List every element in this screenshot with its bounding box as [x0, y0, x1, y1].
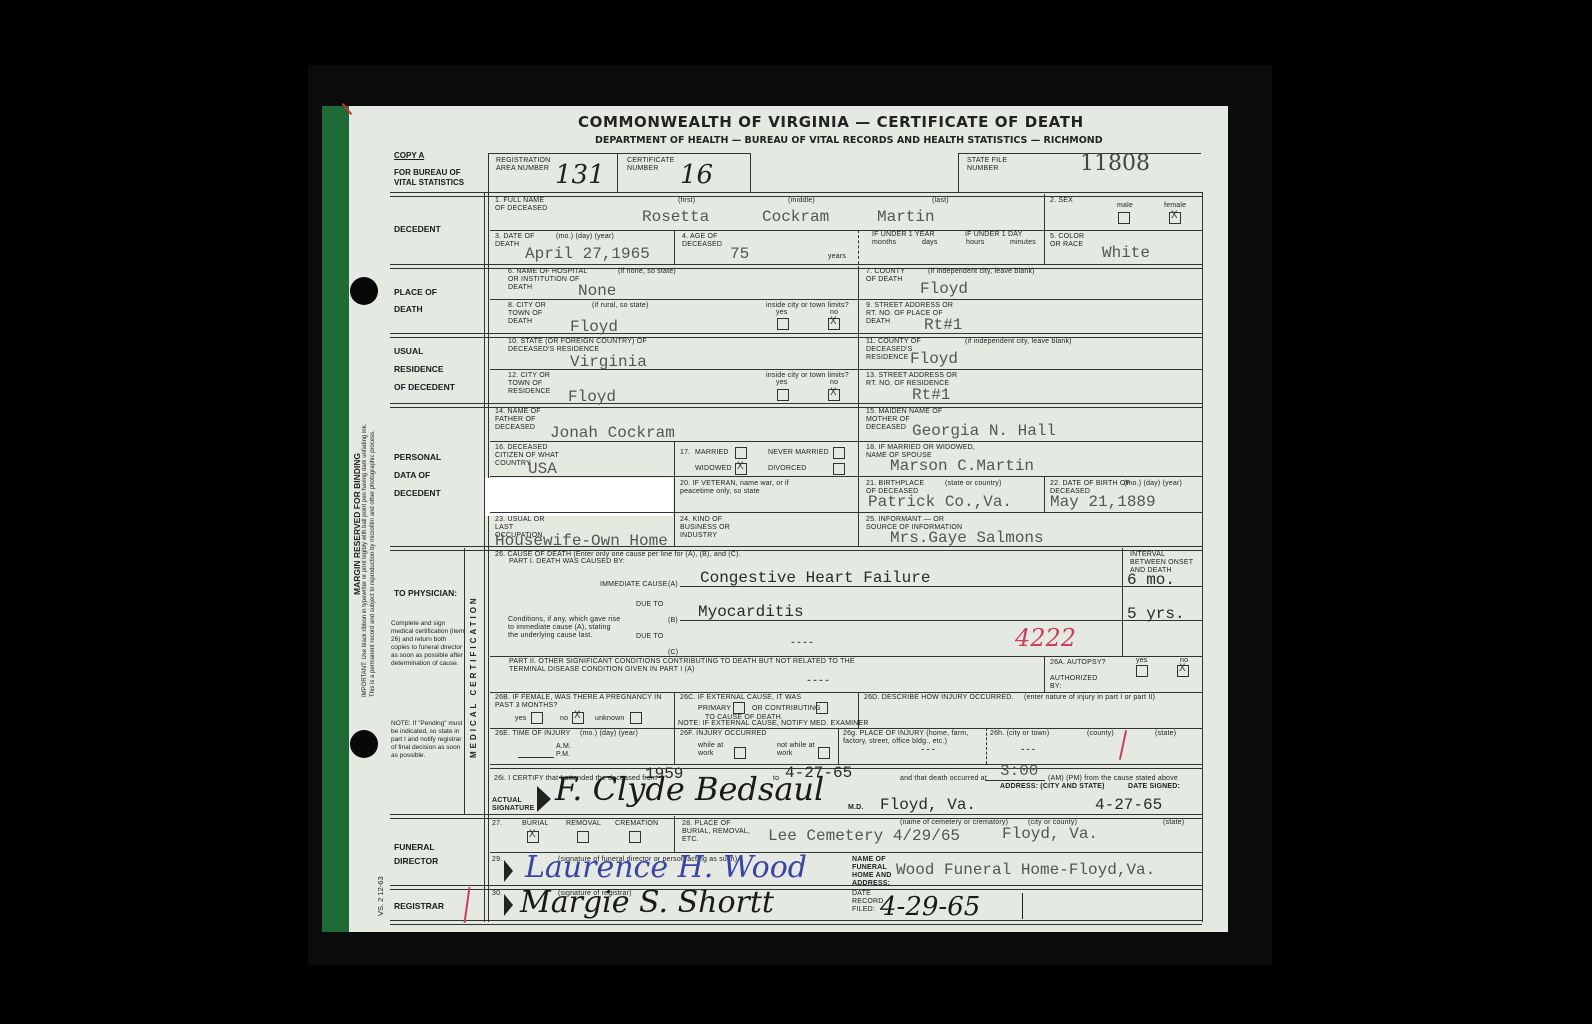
conditions-note: Conditions, if any, which gave rise to i…: [508, 616, 623, 640]
mother-value[interactable]: Georgia N. Hall: [912, 422, 1056, 440]
autopsy-yes-label: yes: [1136, 657, 1148, 665]
section-to-physician: TO PHYSICIAN:: [394, 588, 464, 598]
address-label: ADDRESS: (CITY AND STATE): [1000, 783, 1105, 791]
copy-for-label: FOR BUREAU OF VITAL STATISTICS: [394, 168, 479, 188]
death-occurred-label: and that death occurred at: [900, 775, 987, 783]
residence-city-label: 12. CITY OR TOWN OF RESIDENCE: [508, 372, 568, 396]
pregnancy-unknown-label: unknown: [595, 715, 624, 723]
pregnancy-unknown-checkbox[interactable]: [630, 712, 642, 724]
cause-b-value[interactable]: Myocarditis: [698, 603, 804, 621]
external-note: NOTE: IF EXTERNAL CAUSE, NOTIFY MED. EXA…: [678, 720, 869, 728]
registrar-number-label: 30.: [492, 890, 502, 898]
informant-value[interactable]: Mrs.Gaye Salmons: [890, 529, 1044, 547]
age-unit: years: [828, 253, 846, 261]
county-of-death-label: 7. COUNTY OF DEATH: [866, 268, 906, 284]
primary-checkbox[interactable]: [733, 702, 745, 714]
date-filed-value[interactable]: 4-29-65: [880, 892, 980, 922]
pm-label: P.M.: [556, 751, 570, 759]
widowed-label: WIDOWED: [695, 465, 732, 473]
rule: [490, 230, 1202, 231]
contributing-label: or CONTRIBUTING: [752, 705, 821, 713]
color-label: 5. COLOR OR RACE: [1050, 233, 1090, 249]
director-arrow-icon: [504, 860, 513, 882]
while-at-work-label: while at work: [698, 742, 733, 758]
ampm-label: (AM) (PM) from the cause stated above: [1048, 775, 1178, 783]
injury-city-value[interactable]: ---: [1020, 745, 1036, 755]
rule: [490, 476, 1202, 477]
birthplace-value[interactable]: Patrick Co.,Va.: [868, 493, 1012, 511]
section-place-of-death-2: DEATH: [394, 300, 423, 318]
city-of-death-label: 8. CITY OR TOWN OF DEATH: [508, 302, 568, 326]
rule: [1122, 586, 1202, 587]
rule: [680, 586, 1122, 587]
certificate-title: COMMONWEALTH OF VIRGINIA — CERTIFICATE O…: [578, 113, 1084, 131]
sex-male-label: male: [1117, 202, 1133, 210]
dob-cols-hint: (mo.) (day) (year): [1124, 480, 1182, 488]
funeral-director-signature[interactable]: Laurence H. Wood: [525, 850, 807, 885]
last-name-value[interactable]: Martin: [877, 208, 935, 226]
pregnancy-no-checkbox[interactable]: [572, 712, 584, 724]
describe-injury-hint: (enter nature of injury in part I or par…: [1024, 694, 1155, 702]
pending-note: NOTE: If "Pending" must be indicated, so…: [391, 720, 466, 760]
section-personal-3: DECEDENT: [394, 484, 441, 502]
residence-county-value[interactable]: Floyd: [910, 350, 958, 368]
rule: [986, 728, 988, 764]
middle-name-value[interactable]: Cockram: [762, 208, 829, 226]
age-value[interactable]: 75: [730, 245, 749, 263]
punch-hole-bottom: [350, 730, 378, 758]
due-to-label: DUE TO: [636, 601, 663, 609]
rule: [1044, 656, 1045, 692]
father-label: 14. NAME OF FATHER OF DECEASED: [495, 408, 555, 432]
registrar-arrow-icon: [504, 894, 513, 916]
rule: [1122, 548, 1123, 656]
burial-checkbox[interactable]: [527, 831, 539, 843]
months-label: months: [872, 239, 896, 247]
rule: [390, 885, 1202, 890]
rule: [858, 692, 859, 728]
section-personal-2: DATA OF: [394, 466, 430, 484]
physician-instructions: Complete and sign medical certification …: [391, 620, 466, 668]
injury-county-hint: (county): [1087, 730, 1114, 738]
autopsy-no-checkbox[interactable]: [1177, 665, 1189, 677]
rule: [390, 814, 1202, 819]
cemetery-value[interactable]: Lee Cemetery 4/29/65: [768, 827, 960, 845]
section-place-of-death-1: PLACE OF: [394, 283, 437, 301]
pregnancy-yes-label: yes: [515, 715, 527, 723]
married-label: MARRIED: [695, 449, 729, 457]
burial-state-hint: (state): [1163, 819, 1184, 827]
registration-area-label: REGISTRATION AREA NUMBER: [496, 157, 556, 173]
yes-label: yes: [776, 309, 788, 317]
section-residence-3: OF DECEDENT: [394, 378, 455, 396]
section-residence-2: RESIDENCE: [394, 360, 444, 378]
part2-value[interactable]: ----: [806, 676, 830, 687]
cause-c-value[interactable]: ----: [790, 638, 814, 649]
first-name-value[interactable]: Rosetta: [642, 208, 709, 226]
contributing-checkbox[interactable]: [816, 702, 828, 714]
place-of-injury-label: 26g. PLACE OF INJURY (home, farm, factor…: [843, 730, 983, 746]
dob-value[interactable]: May 21,1889: [1050, 493, 1156, 511]
form-code: VS. 2 12-63: [376, 876, 385, 916]
rule: [490, 369, 1202, 370]
burial-label: BURIAL: [522, 820, 549, 828]
medical-certification-label: MEDICAL CERTIFICATION: [469, 595, 478, 758]
sex-female-label: female: [1164, 202, 1186, 210]
death-inside-limits-no-checkbox[interactable]: [828, 318, 840, 330]
last-name-hint: (last): [932, 197, 949, 205]
rule: [958, 153, 959, 193]
residence-inside-limits-yes-checkbox[interactable]: [777, 389, 789, 401]
residence-county-hint: (if independent city, leave blank): [965, 338, 1072, 346]
rule: [488, 153, 489, 193]
rule: [488, 153, 750, 154]
immediate-cause-label: IMMEDIATE CAUSE: [600, 581, 667, 589]
injury-state-hint: (state): [1155, 730, 1176, 738]
pregnancy-no-label: no: [560, 715, 568, 723]
sex-label: 2. SEX: [1050, 197, 1073, 205]
rule: [484, 192, 485, 922]
section-funeral-2: DIRECTOR: [394, 852, 438, 870]
rule: [838, 728, 839, 764]
divorced-checkbox[interactable]: [833, 463, 845, 475]
death-inside-limits-yes-checkbox[interactable]: [777, 318, 789, 330]
time-of-injury-label: 26e. TIME OF INJURY: [495, 730, 571, 738]
residence-street-value[interactable]: Rt#1: [912, 386, 950, 404]
rule: [488, 192, 489, 922]
age-label: 4. AGE OF DECEASED: [682, 233, 732, 249]
place-of-injury-value[interactable]: ---: [920, 745, 936, 755]
city-of-death-hint: (if rural, so state): [592, 302, 649, 310]
never-married-label: NEVER MARRIED: [768, 449, 829, 457]
due-to-label: DUE TO: [636, 633, 663, 641]
city-of-death-value[interactable]: Floyd: [570, 318, 618, 336]
section-residence-1: USUAL: [394, 342, 423, 360]
autopsy-yes-checkbox[interactable]: [1136, 665, 1148, 677]
residence-city-value[interactable]: Floyd: [568, 388, 616, 406]
physician-signature[interactable]: F. Clyde Bedsaul: [555, 770, 824, 808]
date-cols-hint: (mo.) (day) (year): [556, 233, 614, 241]
external-cause-label: 26c. IF EXTERNAL CAUSE, IT WAS: [680, 694, 801, 702]
time-cols-hint: (mo.) (day) (year): [580, 730, 638, 738]
no-label: no: [830, 379, 838, 387]
under-1-year-label: IF UNDER 1 YEAR: [872, 231, 935, 239]
rule: [490, 656, 1202, 657]
pregnancy-yes-checkbox[interactable]: [531, 712, 543, 724]
physician-address-value[interactable]: Floyd, Va.: [880, 796, 976, 814]
not-while-at-work-label: not while at work: [777, 742, 817, 758]
date-signed-value[interactable]: 4-27-65: [1095, 796, 1162, 814]
occupation-value[interactable]: Housewife-Own Home: [495, 532, 668, 550]
while-at-work-checkbox[interactable]: [734, 747, 746, 759]
rule: [1122, 620, 1202, 621]
autopsy-label: 26a. AUTOPSY?: [1050, 659, 1106, 667]
authorized-by-label: AUTHORIZED BY:: [1050, 675, 1095, 691]
rule: [490, 441, 1202, 442]
rule: [858, 230, 860, 264]
am-label: A.M.: [556, 743, 571, 751]
injury-city-label: 26h. (city or town): [990, 730, 1049, 738]
rule: [674, 441, 675, 546]
rule: [1044, 476, 1045, 512]
birthplace-hint: (state or country): [945, 480, 1002, 488]
spouse-value[interactable]: Marson C.Martin: [890, 457, 1034, 475]
rule: [617, 153, 618, 193]
married-checkbox[interactable]: [735, 447, 747, 459]
rule: [674, 692, 675, 728]
section-registrar: REGISTRAR: [394, 897, 444, 915]
never-married-checkbox[interactable]: [833, 447, 845, 459]
part2-label: PART II. OTHER SIGNIFICANT CONDITIONS CO…: [509, 658, 889, 674]
county-of-death-hint: (if independent city, leave blank): [928, 268, 1035, 276]
redacted-region: [485, 478, 673, 516]
funeral-home-value[interactable]: Wood Funeral Home-Floyd,Va.: [896, 861, 1155, 879]
cremation-label: CREMATION: [615, 820, 658, 828]
cemetery-location-value[interactable]: Floyd, Va.: [1002, 825, 1098, 843]
section-decedent: DECEDENT: [394, 220, 441, 238]
certificate-number: 16: [680, 160, 713, 190]
sex-male-checkbox[interactable]: [1118, 212, 1130, 224]
rule: [750, 153, 751, 193]
first-name-hint: (first): [678, 197, 695, 205]
injury-occurred-label: 26f. INJURY OCCURRED: [680, 730, 767, 738]
certificate-number-label: CERTIFICATE NUMBER: [627, 157, 677, 173]
yes-label: yes: [776, 379, 788, 387]
cemetery-hint: (name of cemetery or crematory): [900, 819, 1008, 827]
rule: [674, 728, 675, 764]
hospital-hint: (if none, so state): [618, 268, 676, 276]
margin-important-line2: This is a permanent record and subject t…: [370, 430, 376, 697]
rule: [518, 757, 554, 758]
part1-label: PART I. DEATH WAS CAUSED BY:: [509, 558, 625, 566]
rule: [390, 920, 1202, 925]
rule: [858, 266, 859, 546]
rule: [490, 692, 1202, 693]
copy-label: COPY A: [394, 151, 424, 161]
registration-area-number: 131: [555, 160, 605, 190]
residence-inside-limits-no-checkbox[interactable]: [828, 389, 840, 401]
cause-a-value[interactable]: Congestive Heart Failure: [700, 569, 930, 587]
burial-place-label: 28. PLACE OF BURIAL, REMOVAL, ETC.: [682, 820, 752, 844]
margin-reserved-label: MARGIN RESERVED FOR BINDING: [352, 453, 362, 595]
rule: [674, 816, 675, 852]
certificate-subtitle: DEPARTMENT OF HEALTH — BUREAU OF VITAL R…: [595, 135, 1103, 146]
actual-signature-label: ACTUAL SIGNATURE: [492, 797, 532, 813]
color-value[interactable]: White: [1102, 244, 1150, 262]
rule: [464, 548, 465, 814]
rule: [1044, 194, 1045, 264]
date-signed-label: DATE SIGNED:: [1128, 783, 1180, 791]
director-number-label: 29.: [492, 856, 502, 864]
rule: [490, 728, 1202, 729]
rule: [674, 230, 675, 264]
marital-label: 17.: [680, 449, 690, 457]
annotation-code: 4222: [1015, 624, 1076, 652]
sex-female-checkbox[interactable]: [1169, 212, 1181, 224]
full-name-label: 1. FULL NAME OF DECEASED: [495, 197, 555, 213]
rule: [985, 780, 1045, 781]
describe-injury-label: 26d. DESCRIBE HOW INJURY OCCURRED.: [864, 694, 1014, 702]
removal-checkbox[interactable]: [577, 831, 589, 843]
rule: [1202, 192, 1203, 922]
state-file-number: 11808: [1080, 151, 1150, 176]
business-label: 24. KIND OF BUSINESS OR INDUSTRY: [680, 516, 760, 540]
binding-strip: [322, 106, 349, 932]
hours-label: hours: [966, 239, 985, 247]
middle-name-hint: (middle): [788, 197, 815, 205]
rule: [490, 299, 1202, 300]
minutes-label: minutes: [1010, 239, 1036, 247]
divorced-label: DIVORCED: [768, 465, 807, 473]
death-street-value[interactable]: Rt#1: [924, 316, 962, 334]
rule: [490, 512, 1202, 513]
county-of-death-value[interactable]: Floyd: [920, 280, 968, 298]
primary-label: PRIMARY: [698, 705, 731, 713]
hospital-value[interactable]: None: [578, 282, 616, 300]
rule: [680, 620, 1122, 621]
section-personal-1: PERSONAL: [394, 448, 441, 466]
cause-b-marker: (B): [668, 617, 678, 625]
state-file-label: STATE FILE NUMBER: [967, 157, 1012, 173]
residence-state-label: 10. STATE (OR FOREIGN COUNTRY) OF DECEAS…: [508, 338, 648, 354]
not-while-at-work-checkbox[interactable]: [818, 747, 830, 759]
days-label: days: [922, 239, 938, 247]
time-of-death-value[interactable]: 3:00: [1000, 762, 1038, 780]
margin-important-line1: IMPORTANT: Use black ribbon in typewrite…: [362, 424, 368, 697]
handwritten-line: [1022, 893, 1023, 919]
veteran-label: 20. IF VETERAN, name war, or if peacetim…: [680, 480, 800, 496]
signature-arrow-icon: [537, 786, 551, 812]
funeral-home-label: NAME OF FUNERAL HOME AND ADDRESS:: [852, 856, 897, 888]
md-label: M.D.: [848, 804, 864, 812]
punch-hole-top: [350, 277, 378, 305]
under-1-day-label: IF UNDER 1 DAY: [965, 231, 1023, 239]
removal-label: REMOVAL: [566, 820, 601, 828]
cremation-checkbox[interactable]: [629, 831, 641, 843]
date-of-death-value[interactable]: April 27,1965: [525, 245, 650, 263]
widowed-checkbox[interactable]: [735, 463, 747, 475]
pregnancy-label: 26b. IF FEMALE, WAS THERE A PREGNANCY IN…: [495, 694, 665, 710]
registrar-signature[interactable]: Margie S. Shortt: [520, 885, 774, 920]
disposition-label: 27.: [492, 820, 502, 828]
father-value[interactable]: Jonah Cockram: [550, 424, 675, 442]
cause-a-marker: (A): [668, 581, 678, 589]
